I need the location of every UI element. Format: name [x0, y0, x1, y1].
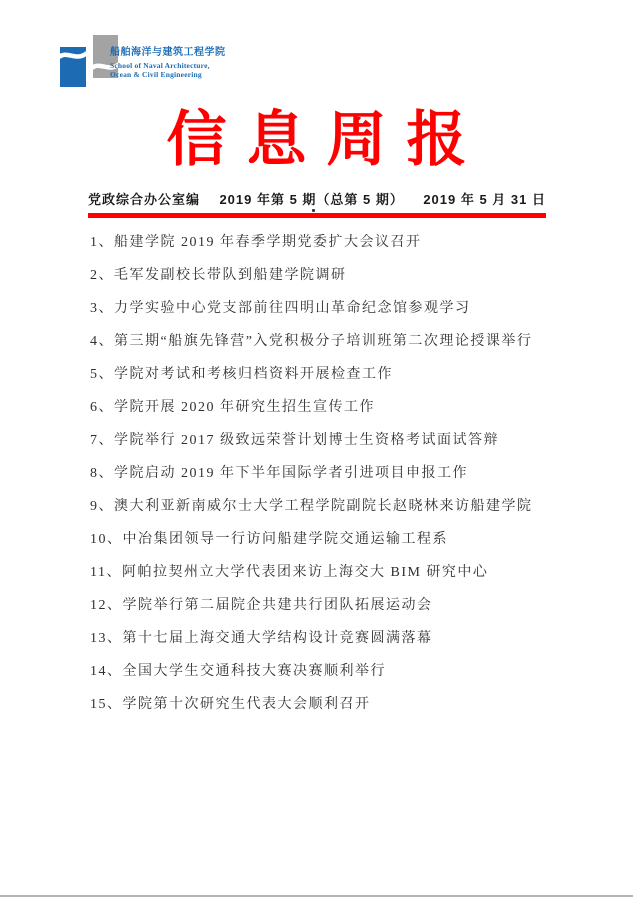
- masthead-editor: 党政综合办公室编: [88, 189, 200, 208]
- list-item: 8、学院启动 2019 年下半年国际学者引进项目申报工作: [90, 457, 573, 490]
- college-name: 船舶海洋与建筑工程学院 School of Naval Architecture…: [110, 43, 226, 79]
- college-name-en-line1: School of Naval Architecture,: [110, 61, 226, 70]
- list-item: 6、学院开展 2020 年研究生招生宣传工作: [90, 391, 573, 424]
- college-name-en-line2: Ocean & Civil Engineering: [110, 70, 226, 79]
- news-list: 1、船建学院 2019 年春季学期党委扩大会议召开 2、毛军发副校长带队到船建学…: [90, 226, 573, 721]
- list-item: 9、澳大利亚新南威尔士大学工程学院副院长赵晓林来访船建学院: [90, 490, 573, 523]
- list-item: 13、第十七届上海交通大学结构设计竞赛圆满落幕: [90, 622, 573, 655]
- list-item: 14、全国大学生交通科技大赛决赛顺利举行: [90, 655, 573, 688]
- ink-speck: [312, 209, 315, 212]
- college-name-cn: 船舶海洋与建筑工程学院: [110, 43, 226, 58]
- list-item: 1、船建学院 2019 年春季学期党委扩大会议召开: [90, 226, 573, 259]
- list-item: 2、毛军发副校长带队到船建学院调研: [90, 259, 573, 292]
- page-bottom-edge: [0, 895, 633, 897]
- list-item: 12、学院举行第二届院企共建共行团队拓展运动会: [90, 589, 573, 622]
- masthead-rule: [88, 213, 546, 218]
- list-item: 3、力学实验中心党支部前往四明山革命纪念馆参观学习: [90, 292, 573, 325]
- list-item: 5、学院对考试和考核归档资料开展检查工作: [90, 358, 573, 391]
- masthead-issue: 2019 年第 5 期（总第 5 期）: [219, 189, 403, 208]
- college-logo: 船舶海洋与建筑工程学院 School of Naval Architecture…: [60, 35, 310, 90]
- list-item: 15、学院第十次研究生代表大会顺利召开: [90, 688, 573, 721]
- list-item: 10、中冶集团领导一行访问船建学院交通运输工程系: [90, 523, 573, 556]
- masthead-date: 2019 年 5 月 31 日: [423, 189, 546, 208]
- college-name-en: School of Naval Architecture, Ocean & Ci…: [110, 61, 226, 79]
- list-item: 7、学院举行 2017 级致远荣誉计划博士生资格考试面试答辩: [90, 424, 573, 457]
- masthead: 党政综合办公室编 2019 年第 5 期（总第 5 期） 2019 年 5 月 …: [88, 189, 546, 208]
- list-item: 11、阿帕拉契州立大学代表团来访上海交大 BIM 研究中心: [90, 556, 573, 589]
- list-item: 4、第三期“船旗先锋营”入党积极分子培训班第二次理论授课举行: [90, 325, 573, 358]
- newsletter-title: 信息周报: [0, 108, 633, 172]
- logo-blue-block: [60, 47, 87, 87]
